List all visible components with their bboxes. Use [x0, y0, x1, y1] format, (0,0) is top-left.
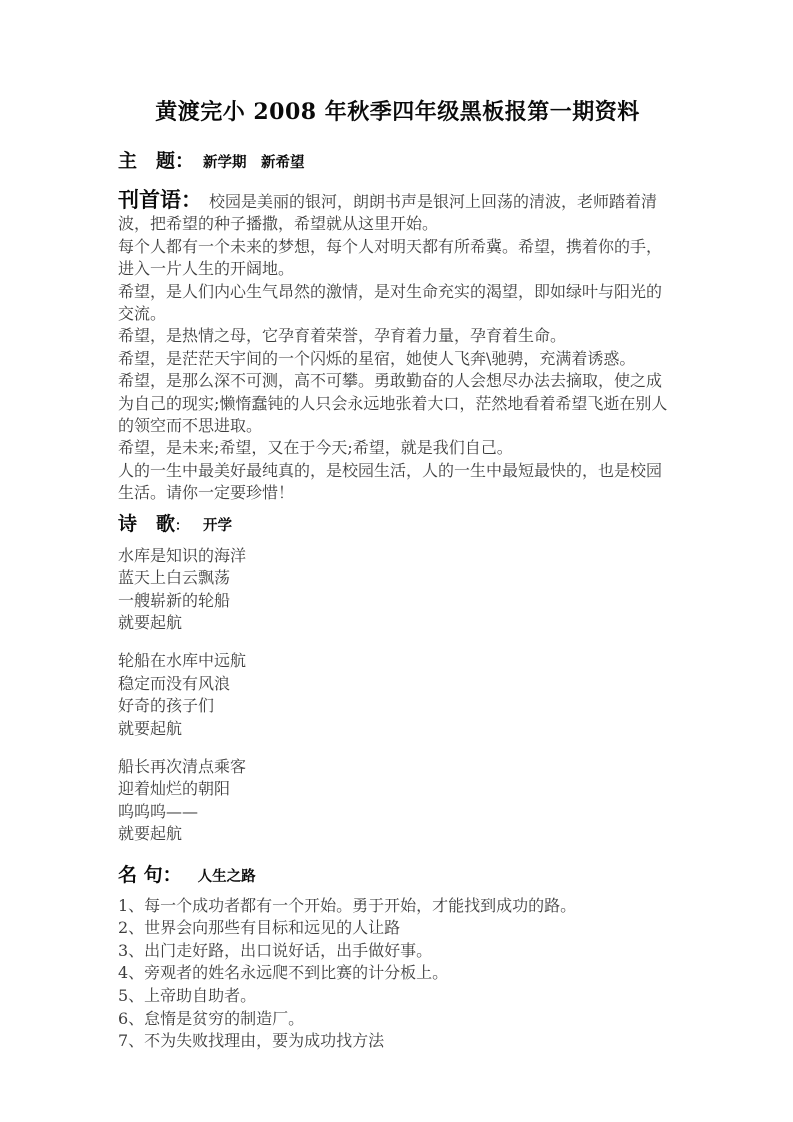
- document-page: 黄渡完小 2008 年秋季四年级黑板报第一期资料 主 题：新学期 新希望 刊首语…: [0, 0, 793, 1122]
- subject-label: 主 题：: [118, 150, 194, 172]
- quote-item: 1、每一个成功者都有一个开始。勇于开始，才能找到成功的路。: [118, 895, 677, 918]
- preface-section: 刊首语：校园是美丽的银河，朗朗书声是银河上回荡的清波，老师踏着清波，把希望的种子…: [118, 189, 677, 505]
- poem-title: 开学: [203, 518, 232, 534]
- quote-item: 6、怠惰是贫穷的制造厂。: [118, 1008, 677, 1031]
- quote-item: 7、不为失败找理由，要为成功找方法: [118, 1030, 677, 1053]
- quotes-heading: 名 句：人生之路: [118, 862, 677, 891]
- quotes-list: 1、每一个成功者都有一个开始。勇于开始，才能找到成功的路。 2、世界会向那些有目…: [118, 895, 677, 1053]
- poem-line: 蓝天上白云飘荡: [118, 567, 677, 589]
- preface-paragraph: 希望，是人们内心生气昂然的激情，是对生命充实的渴望，即如绿叶与阳光的交流。: [118, 281, 677, 326]
- preface-paragraph: 希望，是热情之母，它孕育着荣誉，孕育着力量，孕育着生命。: [118, 325, 677, 347]
- poem-line: 呜呜呜——: [118, 801, 677, 823]
- preface-paragraph: 刊首语：校园是美丽的银河，朗朗书声是银河上回荡的清波，老师踏着清波，把希望的种子…: [118, 189, 677, 236]
- poem-section: 诗 歌：开学 水库是知识的海洋 蓝天上白云飘荡 一艘崭新的轮船 就要起航 轮船在…: [118, 511, 677, 846]
- quotes-title: 人生之路: [198, 869, 256, 885]
- poem-line: 好奇的孩子们: [118, 695, 677, 717]
- subject-value: 新学期 新希望: [203, 155, 305, 171]
- poem-stanza: 轮船在水库中远航 稳定而没有风浪 好奇的孩子们 就要起航: [118, 650, 677, 740]
- poem-line: 水库是知识的海洋: [118, 545, 677, 567]
- poem-line: 就要起航: [118, 718, 677, 740]
- poem-line: 就要起航: [118, 612, 677, 634]
- subject-line: 主 题：新学期 新希望: [118, 148, 677, 176]
- quote-item: 4、旁观者的姓名永远爬不到比赛的计分板上。: [118, 962, 677, 985]
- quote-item: 2、世界会向那些有目标和远见的人让路: [118, 917, 677, 940]
- poem-colon: ：: [175, 519, 188, 534]
- page-title: 黄渡完小 2008 年秋季四年级黑板报第一期资料: [118, 0, 677, 127]
- preface-paragraph: 希望，是茫茫天宇间的一个闪烁的星宿，她使人飞奔\驰骋，充满着诱惑。: [118, 348, 677, 370]
- poem-line: 迎着灿烂的朝阳: [118, 778, 677, 800]
- poem-line: 一艘崭新的轮船: [118, 590, 677, 612]
- document-content: 黄渡完小 2008 年秋季四年级黑板报第一期资料 主 题：新学期 新希望 刊首语…: [118, 0, 677, 1053]
- poem-heading: 诗 歌：开学: [118, 511, 677, 540]
- quote-item: 5、上帝助自助者。: [118, 985, 677, 1008]
- preface-label: 刊首语：: [118, 188, 202, 212]
- poem-line: 船长再次清点乘客: [118, 756, 677, 778]
- preface-paragraph: 每个人都有一个未来的梦想，每个人对明天都有所希冀。希望，携着你的手，进入一片人生…: [118, 236, 677, 281]
- poem-line: 稳定而没有风浪: [118, 673, 677, 695]
- quotes-section: 名 句：人生之路 1、每一个成功者都有一个开始。勇于开始，才能找到成功的路。 2…: [118, 862, 677, 1053]
- poem-label: 诗 歌: [118, 513, 175, 535]
- preface-paragraph: 人的一生中最美好最纯真的，是校园生活，人的一生中最短最快的，也是校园生活。请你一…: [118, 460, 677, 505]
- poem-line: 就要起航: [118, 823, 677, 845]
- poem-line: 轮船在水库中远航: [118, 650, 677, 672]
- preface-paragraph: 希望，是未来;希望，又在于今天;希望，就是我们自己。: [118, 437, 677, 459]
- poem-stanza: 船长再次清点乘客 迎着灿烂的朝阳 呜呜呜—— 就要起航: [118, 756, 677, 846]
- preface-paragraph: 希望，是那么深不可测，高不可攀。勇敢勤奋的人会想尽办法去摘取，使之成为自己的现实…: [118, 370, 677, 437]
- poem-stanza: 水库是知识的海洋 蓝天上白云飘荡 一艘崭新的轮船 就要起航: [118, 545, 677, 635]
- quote-item: 3、出门走好路，出口说好话，出手做好事。: [118, 940, 677, 963]
- quotes-label: 名 句：: [118, 864, 182, 886]
